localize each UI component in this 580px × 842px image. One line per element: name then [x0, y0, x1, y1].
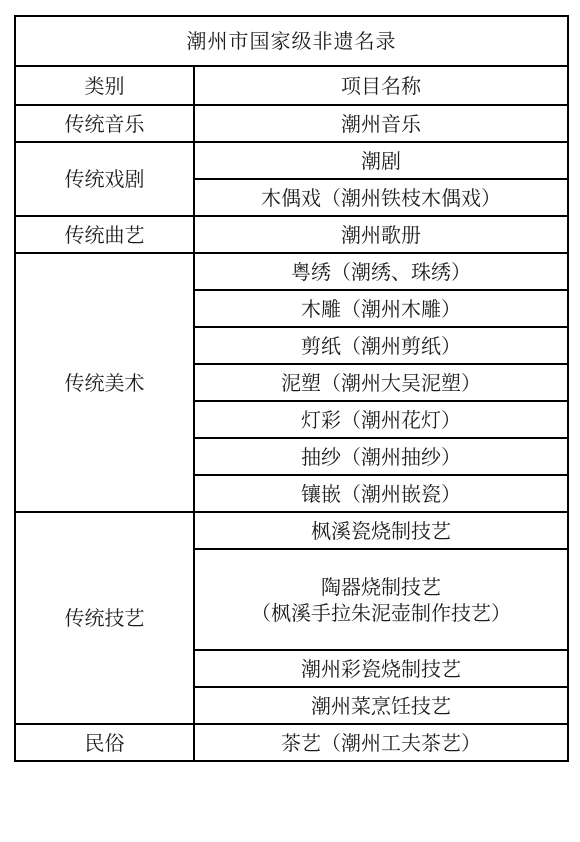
item-cell: 木雕（潮州木雕） [194, 290, 568, 327]
table-row: 传统美术 粤绣（潮绣、珠绣） [15, 253, 568, 290]
item-cell: 枫溪瓷烧制技艺 [194, 512, 568, 549]
item-cell: 木偶戏（潮州铁枝木偶戏） [194, 179, 568, 216]
item-cell: 泥塑（潮州大吴泥塑） [194, 364, 568, 401]
table-row: 民俗 茶艺（潮州工夫茶艺） [15, 724, 568, 761]
header-row: 类别 项目名称 [15, 66, 568, 105]
item-cell: 潮州菜烹饪技艺 [194, 687, 568, 724]
item-cell: 潮州音乐 [194, 105, 568, 142]
item-cell: 剪纸（潮州剪纸） [194, 327, 568, 364]
item-cell: 茶艺（潮州工夫茶艺） [194, 724, 568, 761]
header-project-name: 项目名称 [194, 66, 568, 105]
category-cell-traditional-quyi: 传统曲艺 [15, 216, 194, 253]
table-row: 传统技艺 枫溪瓷烧制技艺 [15, 512, 568, 549]
category-cell-folk-customs: 民俗 [15, 724, 194, 761]
page: 潮州市国家级非遗名录 类别 项目名称 传统音乐 潮州音乐 传统戏剧 潮剧 木偶戏… [0, 0, 580, 842]
table-row: 传统音乐 潮州音乐 [15, 105, 568, 142]
heritage-table: 潮州市国家级非遗名录 类别 项目名称 传统音乐 潮州音乐 传统戏剧 潮剧 木偶戏… [14, 15, 569, 762]
category-cell-traditional-fine-arts: 传统美术 [15, 253, 194, 512]
table-title: 潮州市国家级非遗名录 [15, 16, 568, 66]
table-row: 传统戏剧 潮剧 [15, 142, 568, 179]
item-cell: 潮州歌册 [194, 216, 568, 253]
item-cell: 灯彩（潮州花灯） [194, 401, 568, 438]
item-cell: 潮州彩瓷烧制技艺 [194, 650, 568, 687]
item-cell: 潮剧 [194, 142, 568, 179]
table-row: 传统曲艺 潮州歌册 [15, 216, 568, 253]
header-category: 类别 [15, 66, 194, 105]
item-cell: 镶嵌（潮州嵌瓷） [194, 475, 568, 512]
category-cell-traditional-drama: 传统戏剧 [15, 142, 194, 216]
title-row: 潮州市国家级非遗名录 [15, 16, 568, 66]
category-cell-traditional-music: 传统音乐 [15, 105, 194, 142]
item-cell: 陶器烧制技艺 （枫溪手拉朱泥壶制作技艺） [194, 549, 568, 650]
item-cell: 抽纱（潮州抽纱） [194, 438, 568, 475]
category-cell-traditional-craftsmanship: 传统技艺 [15, 512, 194, 724]
item-cell: 粤绣（潮绣、珠绣） [194, 253, 568, 290]
